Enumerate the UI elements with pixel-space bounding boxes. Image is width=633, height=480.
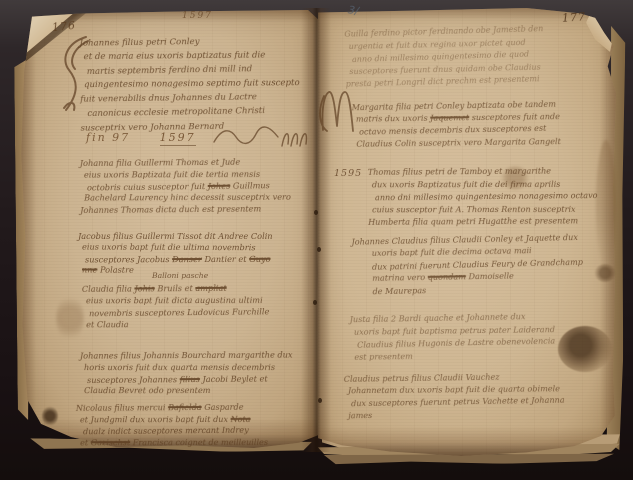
handwriting-line: horis uxoris fuit dux quarta mensis dece… bbox=[84, 362, 322, 374]
baptism-record-entry: Nicolaus filius mercui Bafielda Gasparde… bbox=[76, 401, 328, 449]
handwriting-line: et Gazischst Francisca coignet de meille… bbox=[80, 436, 328, 448]
baptism-record-entry: Justa filia 2 Bardi quache et Johannete … bbox=[350, 309, 611, 364]
handwriting-line: Johannes filius Johannis Bourchard marga… bbox=[80, 349, 322, 362]
manuscript-photo: 176 1597 Johannes filius petri Conleyet … bbox=[0, 0, 633, 480]
handwriting-line: Johannes Thomas dicta duch est presentem bbox=[80, 203, 322, 217]
year-heading: 1597 bbox=[182, 11, 213, 21]
handwriting-line: Bachelard Laurency hinc decessit suscept… bbox=[84, 192, 322, 205]
handwriting-line: anno dni millesimo quingentesimo nonages… bbox=[375, 189, 613, 204]
handwriting-line: Nicolaus filius mercui Bafielda Gasparde bbox=[76, 401, 328, 414]
entry-heading-note: Balloni pasche bbox=[152, 271, 208, 280]
handwriting-line: eius uxoris bapt fuit die ultima novembr… bbox=[82, 242, 324, 254]
baptism-record-entry: Johanna filia Guillermi Thomas et Judeei… bbox=[80, 156, 323, 217]
year-change-line: fin 97 1597 bbox=[86, 131, 196, 144]
page-number-left: 176 bbox=[51, 19, 76, 34]
handwriting-line: james bbox=[348, 406, 608, 421]
year-line-year: 1597 bbox=[160, 131, 196, 146]
baptism-record-entry: Johannes filius Johannis Bourchard marga… bbox=[80, 349, 322, 397]
baptism-record-entry: Claudia filia Johis Bruils et ampliateiu… bbox=[82, 281, 320, 331]
margin-year-note: 1595 bbox=[334, 168, 362, 179]
baptism-record-entry: Margarita filia petri Conley baptizata o… bbox=[352, 97, 610, 150]
baptism-record-entry: Johannes Claudius filius Claudii Conley … bbox=[351, 230, 612, 297]
signature-flourish-icon bbox=[212, 124, 308, 152]
handwriting-line: et Claudia bbox=[86, 318, 320, 331]
baptism-record-entry: Guilla ferdino pictor ferdinando obe Jam… bbox=[344, 21, 610, 91]
baptism-record-entry: Thomas filius petri de Tamboy et margari… bbox=[368, 164, 613, 229]
handwriting-line: Thomas filius petri de Tamboy et margari… bbox=[368, 164, 613, 178]
handwriting-line: Claudia Bevret odo presentem bbox=[84, 385, 322, 397]
folio-pencil-mark: 3/ bbox=[347, 3, 359, 17]
baptism-record-entry: Johannes filius petri Conleyet de maria … bbox=[79, 33, 322, 135]
handwriting-line: quingentesimo nonagesimo septimo fuit su… bbox=[84, 76, 322, 92]
handwriting-line: Humberta filia quam petri Hugatthe est p… bbox=[368, 215, 613, 229]
baptism-record-entry: Claudius petrus filius Claudii VauchezJo… bbox=[344, 369, 609, 421]
baptism-record-entry: Jacobus filius Guillermi Tissot dit Andr… bbox=[78, 231, 324, 277]
handwriting-line: cuius susceptor fuit A. Thomas Renton su… bbox=[372, 202, 613, 215]
year-line-prefix: fin 97 bbox=[86, 131, 130, 144]
